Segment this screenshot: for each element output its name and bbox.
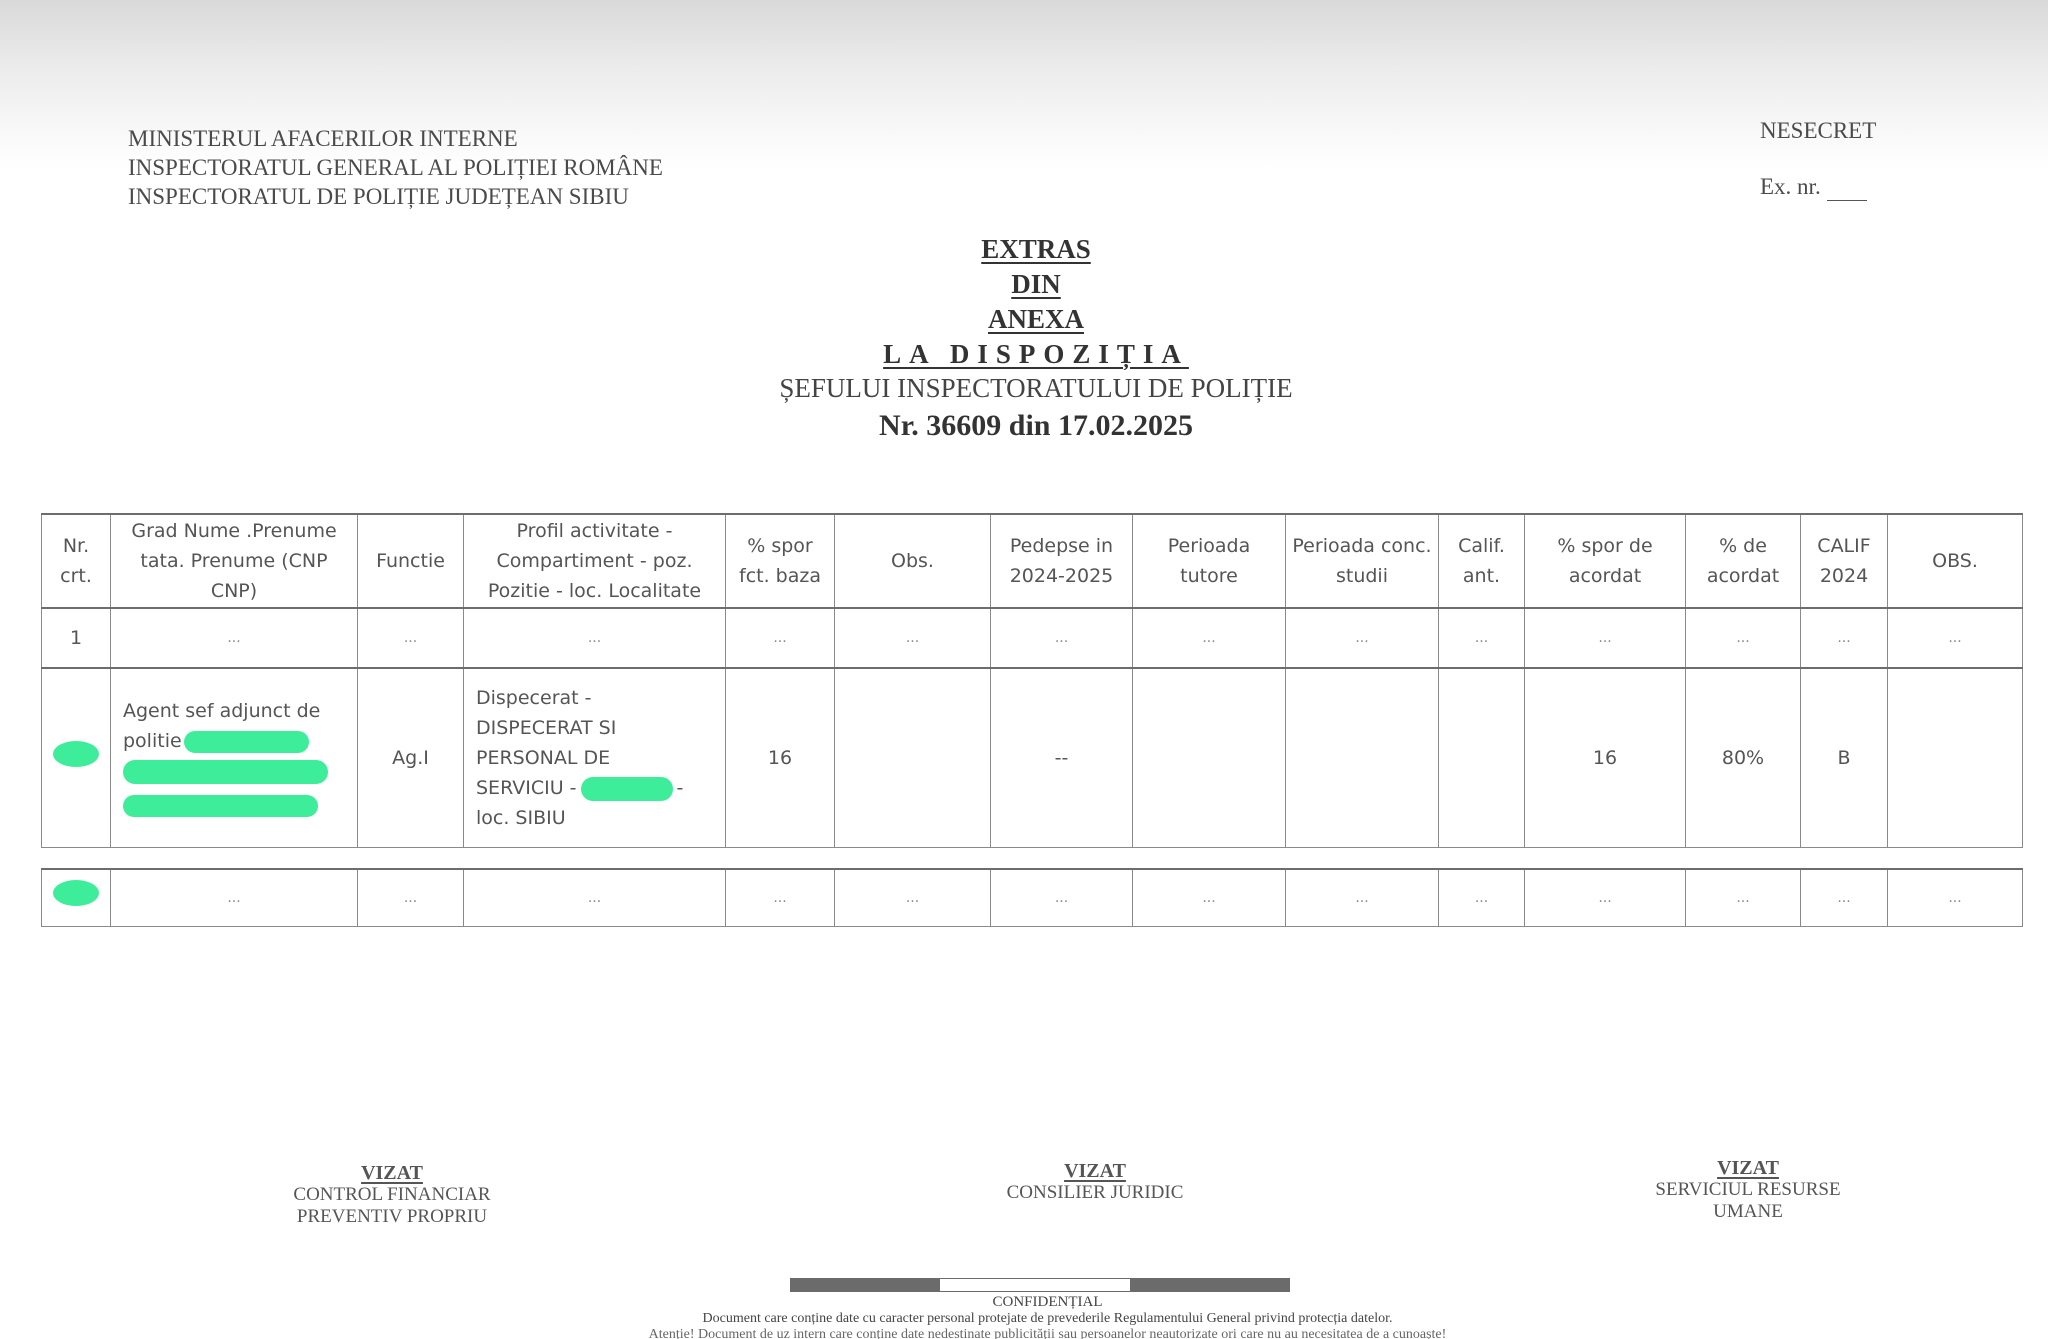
redaction-mark [184, 731, 309, 753]
internal-use-notice: Atenție! Document de uz intern care conț… [0, 1327, 2048, 1339]
redaction-mark [581, 777, 673, 801]
county-inspectorate-name: INSPECTORATUL DE POLIȚIE JUDEȚEAN SIBIU [128, 182, 663, 211]
col-header-obs: Obs. [835, 514, 991, 608]
profil-text: DISPECERAT SI [476, 713, 721, 743]
cell: ... [991, 608, 1133, 668]
copy-number-blank [1827, 174, 1867, 201]
cell-profil: Dispecerat - DISPECERAT SI PERSONAL DE S… [464, 668, 726, 848]
cell-obs-final [1888, 668, 2023, 848]
redaction-mark [123, 795, 318, 817]
redaction-mark [123, 760, 328, 784]
cell: ... [1686, 608, 1801, 668]
cell-calif-ant [1439, 668, 1525, 848]
cell: ... [1686, 869, 1801, 927]
col-header-calif-ant: Calif. ant. [1439, 514, 1525, 608]
cell: ... [464, 869, 726, 927]
table-header-row: Nr. crt. Grad Nume .Prenume tata. Prenum… [42, 514, 2023, 608]
signature-line: PREVENTIV PROPRIU [262, 1206, 522, 1228]
col-header-calif-2024: CALIF 2024 [1801, 514, 1888, 608]
cell: ... [1286, 608, 1439, 668]
cell-pedepse: -- [991, 668, 1133, 848]
cell: ... [991, 869, 1133, 927]
cell: ... [464, 608, 726, 668]
cell: ... [1133, 608, 1286, 668]
cell-spor-fct-baza: 16 [726, 668, 835, 848]
signature-line: SERVICIUL RESURSE [1618, 1179, 1878, 1201]
cell: ... [1439, 869, 1525, 927]
cell: ... [1525, 608, 1686, 668]
signature-resurse-umane: VIZAT SERVICIUL RESURSE UMANE [1618, 1157, 1878, 1223]
cell: ... [726, 869, 835, 927]
signature-title: VIZAT [262, 1162, 522, 1184]
document-number: Nr. 36609 din 17.02.2025 [0, 404, 2048, 448]
cell: ... [1801, 869, 1888, 927]
cell: ... [358, 869, 464, 927]
ministry-name: MINISTERUL AFACERILOR INTERNE [128, 124, 663, 153]
cell: ... [111, 869, 358, 927]
col-header-pedepse: Pedepse in 2024-2025 [991, 514, 1133, 608]
col-header-spor-acordat: % spor de acordat [1525, 514, 1686, 608]
signature-title: VIZAT [1618, 1157, 1878, 1179]
cell: ... [835, 608, 991, 668]
cell: ... [1439, 608, 1525, 668]
signature-control-financiar: VIZAT CONTROL FINANCIAR PREVENTIV PROPRI… [262, 1162, 522, 1228]
cell: ... [1888, 608, 2023, 668]
copy-number-label: Ex. nr. [1760, 174, 1821, 199]
col-header-nr: Nr. crt. [42, 514, 111, 608]
institution-header: MINISTERUL AFACERILOR INTERNE INSPECTORA… [128, 124, 663, 211]
confidential-label: CONFIDENȚIAL [0, 1294, 2048, 1311]
grad-text-2: politie [123, 730, 182, 752]
cell-nr-redacted [42, 668, 111, 848]
cell-functie: Ag.I [358, 668, 464, 848]
cell-grad-nume: Agent sef adjunct de politie [111, 668, 358, 848]
redaction-mark [53, 741, 99, 767]
extract-table: Nr. crt. Grad Nume .Prenume tata. Prenum… [41, 513, 2023, 927]
confidential-bar-gap [940, 1279, 1130, 1291]
copy-number: Ex. nr. [1760, 174, 1876, 201]
title-anexa: ANEXA [988, 304, 1084, 334]
cell: ... [1888, 869, 2023, 927]
cell-nr: 1 [42, 608, 111, 668]
signature-line: CONSILIER JURIDIC [965, 1182, 1225, 1204]
cell: ... [835, 869, 991, 927]
table-row: ... ... ... ... ... ... ... ... ... ... … [42, 869, 2023, 927]
col-header-profil: Profil activitate - Compartiment - poz. … [464, 514, 726, 608]
col-header-spor-fct-baza: % spor fct. baza [726, 514, 835, 608]
title-extras: EXTRAS [981, 234, 1091, 264]
confidential-bar [790, 1278, 1290, 1292]
title-issuer: ȘEFULUI INSPECTORATULUI DE POLIȚIE [0, 372, 2048, 404]
redaction-mark [53, 880, 99, 906]
cell: ... [1133, 869, 1286, 927]
cell: ... [1525, 869, 1686, 927]
title-din: DIN [1011, 269, 1061, 299]
classification-block: NESECRET Ex. nr. [1760, 118, 1876, 201]
cell: ... [111, 608, 358, 668]
cell-calif-2024: B [1801, 668, 1888, 848]
col-header-pct-acordat: % de acordat [1686, 514, 1801, 608]
profil-text: SERVICIU - [476, 777, 577, 799]
col-header-functie: Functie [358, 514, 464, 608]
cell: ... [358, 608, 464, 668]
cell-nr-redacted [42, 869, 111, 927]
signature-title: VIZAT [965, 1160, 1225, 1182]
cell: ... [1801, 608, 1888, 668]
grad-text: Agent sef adjunct de [123, 696, 353, 726]
inspectorate-general-name: INSPECTORATUL GENERAL AL POLIȚIEI ROMÂNE [128, 153, 663, 182]
classification-label: NESECRET [1760, 118, 1876, 144]
title-dispozitia: LA DISPOZIȚIA [883, 339, 1189, 369]
document-title: EXTRAS DIN ANEXA LA DISPOZIȚIA ȘEFULUI I… [0, 232, 2048, 448]
cell: ... [1286, 869, 1439, 927]
signature-consilier-juridic: VIZAT CONSILIER JURIDIC [965, 1160, 1225, 1204]
cell-obs [835, 668, 991, 848]
cell-spor-acordat: 16 [1525, 668, 1686, 848]
signature-line: UMANE [1618, 1201, 1878, 1223]
profil-text: Dispecerat - [476, 683, 721, 713]
table-gap [42, 848, 2023, 870]
profil-text: loc. SIBIU [476, 803, 721, 833]
cell-perioada-tutore [1133, 668, 1286, 848]
cell-perioada-studii [1286, 668, 1439, 848]
signature-line: CONTROL FINANCIAR [262, 1184, 522, 1206]
col-header-perioada-studii: Perioada conc. studii [1286, 514, 1439, 608]
col-header-perioada-tutore: Perioada tutore [1133, 514, 1286, 608]
col-header-grad-nume: Grad Nume .Prenume tata. Prenume (CNP CN… [111, 514, 358, 608]
cell: ... [726, 608, 835, 668]
col-header-obs-final: OBS. [1888, 514, 2023, 608]
profil-text: PERSONAL DE [476, 743, 721, 773]
profil-text: - [677, 777, 684, 799]
gdpr-notice: Document care conține date cu caracter p… [0, 1311, 2048, 1327]
gap-cell [42, 848, 2023, 870]
table-row: 1 ... ... ... ... ... ... ... ... ... ..… [42, 608, 2023, 668]
cell-pct-acordat: 80% [1686, 668, 1801, 848]
table-row: Agent sef adjunct de politie Ag.I Dispec… [42, 668, 2023, 848]
